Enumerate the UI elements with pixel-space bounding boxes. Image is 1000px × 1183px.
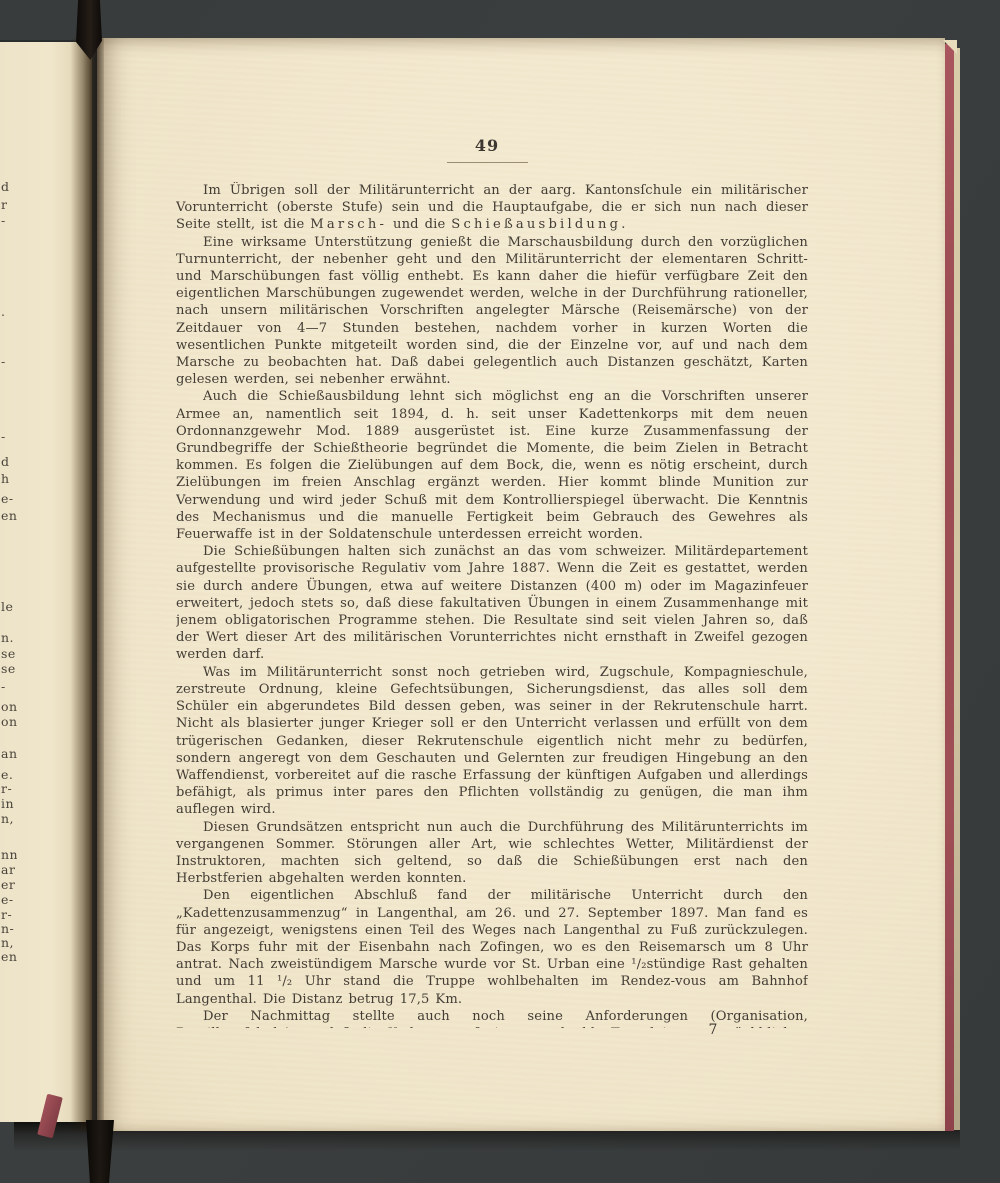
paragraph-text: Eine wirksame Unterstützung genießt die … — [176, 235, 808, 388]
page-edge-text-fragment: - — [1, 680, 17, 693]
paragraph-text: Die Schießübungen halten sich zunächst a… — [176, 544, 808, 662]
page-edge-text-fragment: er — [1, 878, 17, 891]
page-edge-text-fragment: - — [1, 214, 17, 227]
signature-number: 7 — [693, 1022, 733, 1038]
page-edge-text-fragment: nn — [1, 848, 17, 861]
bookmark-ribbon-bottom — [86, 1120, 114, 1183]
page-edge-text-fragment: r- — [1, 782, 17, 795]
paragraph-text: . — [621, 217, 625, 232]
text-block: Im Übrigen soll der Militärunterricht an… — [176, 182, 808, 1028]
page-edge-text-fragment: d — [1, 180, 17, 193]
page-edge-text-fragment: r — [1, 198, 17, 211]
page-edge-text-fragment: on — [1, 700, 17, 713]
red-fore-edge — [945, 44, 954, 1131]
page-edge-text-fragment: n. — [1, 631, 17, 644]
page-edge-text-fragment: in — [1, 797, 17, 810]
page-edge-text-fragment: e- — [1, 893, 17, 906]
paragraph: Auch die Schießausbildung lehnt sich mög… — [176, 388, 808, 543]
paragraph: Was im Militärunterricht sonst noch getr… — [176, 664, 808, 819]
page-edge-text-fragment: - — [1, 430, 17, 443]
page-edge-text-fragment: en — [1, 950, 17, 963]
page-edge-text-fragment: n- — [1, 922, 17, 935]
page-edge-text-fragment: d — [1, 455, 17, 468]
page-number: 49 — [97, 136, 877, 155]
page-edge-text-fragment: e. — [1, 768, 17, 781]
page-edge-text-fragment: le — [1, 600, 17, 613]
page-edge-text-fragment: . — [1, 305, 17, 318]
page-edge-text-fragment: ar — [1, 863, 17, 876]
scanned-book-page-photo: dr-.--dhe-enlen.sese-ononane.r-inn,nnare… — [0, 0, 1000, 1183]
emphasized-term: Marsch- — [310, 217, 387, 232]
page-edge-text-fragment: an — [1, 747, 17, 760]
paragraph: Den eigentlichen Abschluß fand der milit… — [176, 887, 808, 1007]
page-edge-text-fragment: n, — [1, 936, 17, 949]
paragraph-text: Was im Militärunterricht sonst noch getr… — [176, 665, 808, 818]
page-edge-text-fragment: n, — [1, 812, 17, 825]
paragraph-text: Auch die Schießausbildung lehnt sich mög… — [176, 389, 808, 542]
emphasized-term: Schießausbildung — [451, 217, 621, 232]
paragraph-text: Diesen Grundsätzen entspricht nun auch d… — [176, 820, 808, 887]
paragraph-text: und die — [387, 217, 451, 232]
book-page: 49 Im Übrigen soll der Militärunterricht… — [97, 38, 945, 1131]
page-edge-text-fragment: se — [1, 662, 17, 675]
page-edge-text-fragment: - — [1, 355, 17, 368]
paragraph-text: Den eigentlichen Abschluß fand der milit… — [176, 888, 808, 1006]
page-edge-text-fragment: r- — [1, 908, 17, 921]
page-edge-text-fragment: se — [1, 647, 17, 660]
page-block-edge — [954, 48, 960, 1130]
gutter-shadow — [70, 38, 104, 1131]
paragraph: Diesen Grundsätzen entspricht nun auch d… — [176, 819, 808, 888]
page-edge-text-fragment: e- — [1, 492, 17, 505]
paragraph: Die Schießübungen halten sich zunächst a… — [176, 543, 808, 663]
page-edge-text-fragment: on — [1, 715, 17, 728]
page-edge-text-fragment: h — [1, 472, 17, 485]
paragraph: Im Übrigen soll der Militärunterricht an… — [176, 182, 808, 234]
paragraph: Eine wirksame Unterstützung genießt die … — [176, 234, 808, 389]
page-number-rule — [447, 162, 528, 163]
page-edge-text-fragment: en — [1, 509, 17, 522]
